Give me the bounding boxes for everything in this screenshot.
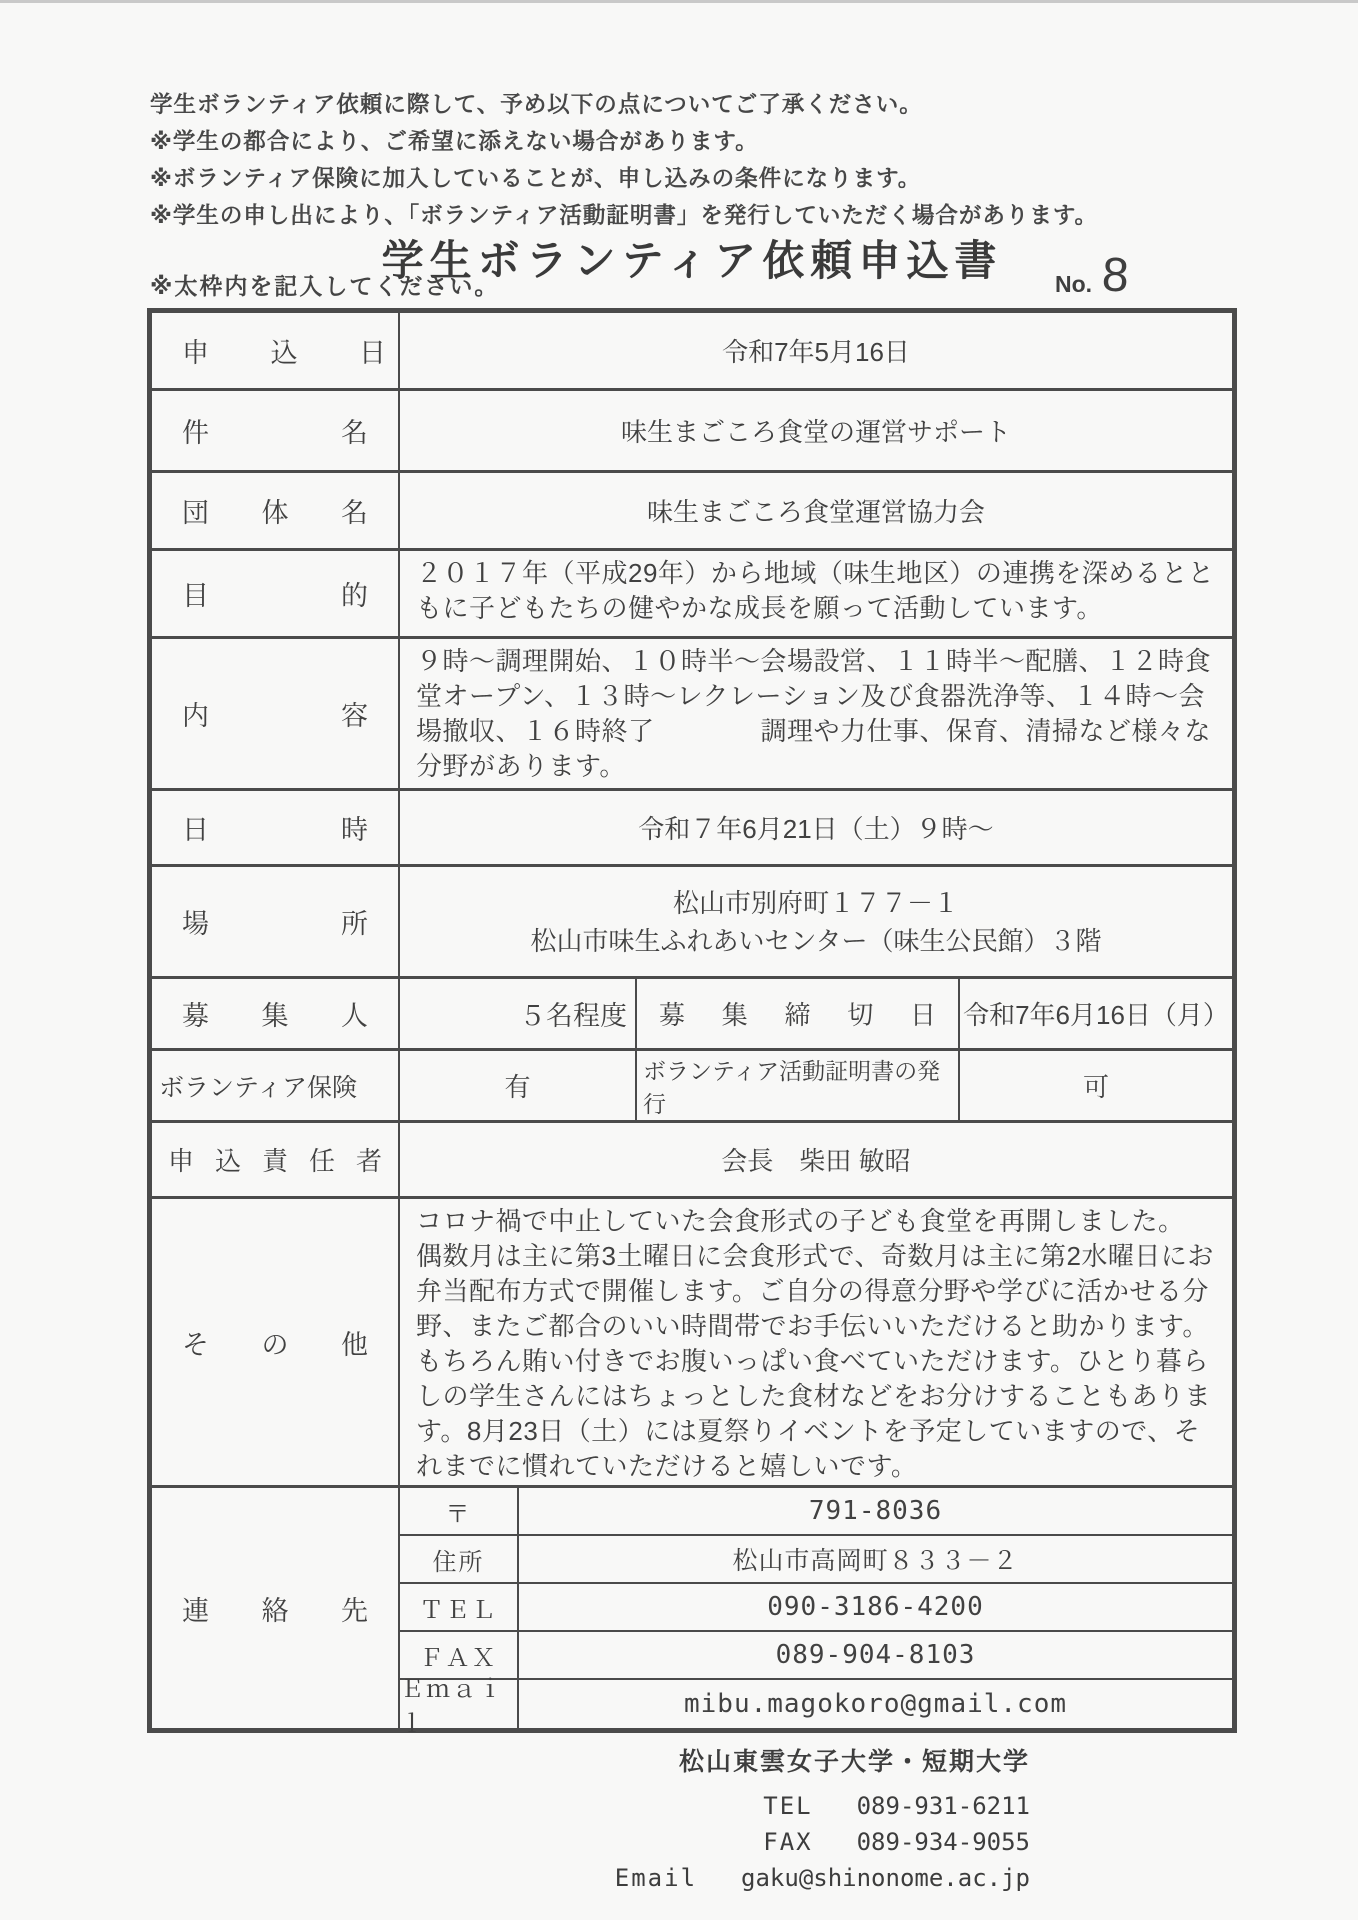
row-responsible: 申込責任者 会長 柴田 敏昭 bbox=[152, 1123, 1232, 1199]
address-value: 松山市高岡町８３３－２ bbox=[519, 1536, 1232, 1582]
contact-fax-row: ＦＡＸ 089-904-8103 bbox=[400, 1632, 1232, 1680]
contact-subtable: 〒 791-8036 住所 松山市高岡町８３３－２ ＴＥＬ 090-3186-4… bbox=[400, 1488, 1232, 1728]
contact-address-row: 住所 松山市高岡町８３３－２ bbox=[400, 1536, 1232, 1584]
place-label: 場所 bbox=[152, 867, 400, 976]
university-tel-label: TEL bbox=[763, 1788, 812, 1824]
university-footer: 松山東雲女子大学・短期大学 TEL 089-931-6211 FAX 089-9… bbox=[615, 1742, 1030, 1896]
contact-tel-row: ＴＥＬ 090-3186-4200 bbox=[400, 1584, 1232, 1632]
university-name: 松山東雲女子大学・短期大学 bbox=[615, 1742, 1030, 1778]
form-number-label: No. bbox=[1055, 273, 1092, 300]
address-label: 住所 bbox=[400, 1536, 519, 1582]
deadline-label: 募集締切日 bbox=[637, 979, 960, 1048]
row-contact: 連絡先 〒 791-8036 住所 松山市高岡町８３３－２ ＴＥＬ 090-31… bbox=[152, 1488, 1232, 1728]
place-line-1: 松山市別府町１７７－１ bbox=[673, 884, 959, 922]
notice-line-2: ※学生の都合により、ご希望に添えない場合があります。 bbox=[150, 123, 1098, 160]
purpose-label: 目的 bbox=[152, 551, 400, 636]
university-email-line: Email gaku@shinonome.ac.jp bbox=[615, 1860, 1030, 1896]
content-label: 内容 bbox=[152, 639, 400, 788]
row-content: 内容 ９時～調理開始、１０時半～会場設営、１１時半～配膳、１２時食堂オープン、１… bbox=[152, 639, 1232, 791]
notice-line-1: 学生ボランティア依頼に際して、予め以下の点についてご了承ください。 bbox=[150, 86, 1098, 123]
certificate-label: ボランティア活動証明書の発行 bbox=[637, 1051, 960, 1120]
university-tel-line: TEL 089-931-6211 bbox=[615, 1788, 1030, 1824]
row-datetime: 日時 令和７年6月21日（土）９時～ bbox=[152, 791, 1232, 867]
application-form-table: 申込日 令和7年5月16日 件名 味生まごころ食堂の運営サポート 団体名 味生ま… bbox=[147, 308, 1237, 1733]
fill-instruction: ※太枠内を記入してください。 bbox=[150, 268, 499, 301]
insurance-label: ボランティア保険 bbox=[152, 1051, 400, 1120]
other-label: その他 bbox=[152, 1199, 400, 1485]
university-email-label: Email bbox=[615, 1860, 697, 1896]
subject-label: 件名 bbox=[152, 391, 400, 470]
place-value: 松山市別府町１７７－１ 松山市味生ふれあいセンター（味生公民館）３階 bbox=[400, 867, 1232, 976]
university-fax-label: FAX bbox=[763, 1824, 812, 1860]
insurance-value: 有 bbox=[400, 1051, 637, 1120]
form-number: No. 8 bbox=[1055, 252, 1129, 300]
postal-value: 791-8036 bbox=[519, 1488, 1232, 1534]
subject-value: 味生まごころ食堂の運営サポート bbox=[400, 391, 1232, 470]
email-value: mibu.magokoro@gmail.com bbox=[519, 1680, 1232, 1728]
datetime-value: 令和７年6月21日（土）９時～ bbox=[400, 791, 1232, 864]
responsible-label: 申込責任者 bbox=[152, 1123, 400, 1196]
responsible-value: 会長 柴田 敏昭 bbox=[400, 1123, 1232, 1196]
university-email-value: gaku@shinonome.ac.jp bbox=[741, 1860, 1030, 1896]
place-line-2: 松山市味生ふれあいセンター（味生公民館）３階 bbox=[531, 922, 1102, 960]
contact-label: 連絡先 bbox=[152, 1488, 400, 1728]
other-value: コロナ禍で中止していた会食形式の子ども食堂を再開しました。 偶数月は主に第3土曜… bbox=[400, 1199, 1232, 1485]
datetime-label: 日時 bbox=[152, 791, 400, 864]
form-number-value-handwritten: 8 bbox=[1101, 251, 1130, 300]
intro-notice: 学生ボランティア依頼に際して、予め以下の点についてご了承ください。 ※学生の都合… bbox=[150, 86, 1098, 234]
university-fax-line: FAX 089-934-9055 bbox=[615, 1824, 1030, 1860]
email-label: Ｅｍａｉｌ bbox=[400, 1680, 519, 1728]
organization-value: 味生まごころ食堂運営協力会 bbox=[400, 473, 1232, 548]
row-organization: 団体名 味生まごころ食堂運営協力会 bbox=[152, 473, 1232, 551]
row-recruit: 募集人 ５名程度 募集締切日 令和7年6月16日（月） bbox=[152, 979, 1232, 1051]
postal-mark-label: 〒 bbox=[400, 1488, 519, 1534]
row-other: その他 コロナ禍で中止していた会食形式の子ども食堂を再開しました。 偶数月は主に… bbox=[152, 1199, 1232, 1488]
row-application-date: 申込日 令和7年5月16日 bbox=[152, 313, 1232, 391]
row-place: 場所 松山市別府町１７７－１ 松山市味生ふれあいセンター（味生公民館）３階 bbox=[152, 867, 1232, 979]
scan-edge-artifact bbox=[0, 0, 1358, 3]
purpose-value: ２０１７年（平成29年）から地域（味生地区）の連携を深めるとともに子どもたちの健… bbox=[400, 551, 1232, 636]
tel-value: 090-3186-4200 bbox=[519, 1584, 1232, 1630]
contact-email-row: Ｅｍａｉｌ mibu.magokoro@gmail.com bbox=[400, 1680, 1232, 1728]
university-tel-value: 089-931-6211 bbox=[857, 1788, 1030, 1824]
recruit-count-value: ５名程度 bbox=[400, 979, 637, 1048]
university-fax-value: 089-934-9055 bbox=[857, 1824, 1030, 1860]
recruit-count-label: 募集人 bbox=[152, 979, 400, 1048]
organization-label: 団体名 bbox=[152, 473, 400, 548]
row-purpose: 目的 ２０１７年（平成29年）から地域（味生地区）の連携を深めるとともに子どもた… bbox=[152, 551, 1232, 639]
application-date-label: 申込日 bbox=[152, 313, 400, 388]
row-insurance: ボランティア保険 有 ボランティア活動証明書の発行 可 bbox=[152, 1051, 1232, 1123]
row-subject: 件名 味生まごころ食堂の運営サポート bbox=[152, 391, 1232, 473]
application-date-value: 令和7年5月16日 bbox=[400, 313, 1232, 388]
notice-line-3: ※ボランティア保険に加入していることが、申し込みの条件になります。 bbox=[150, 160, 1098, 197]
contact-postal-row: 〒 791-8036 bbox=[400, 1488, 1232, 1536]
content-value: ９時～調理開始、１０時半～会場設営、１１時半～配膳、１２時食堂オープン、１３時～… bbox=[400, 639, 1232, 788]
fax-value: 089-904-8103 bbox=[519, 1632, 1232, 1678]
deadline-value: 令和7年6月16日（月） bbox=[960, 979, 1232, 1048]
tel-label: ＴＥＬ bbox=[400, 1584, 519, 1630]
certificate-value: 可 bbox=[960, 1051, 1232, 1120]
